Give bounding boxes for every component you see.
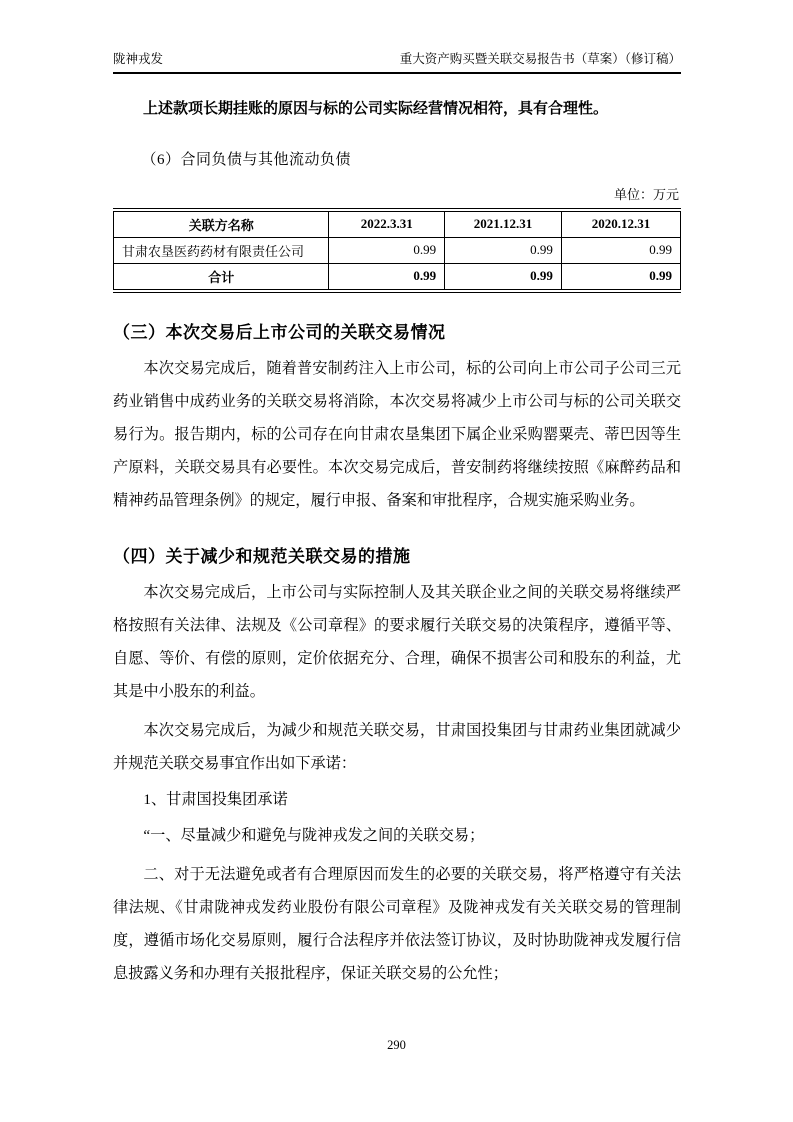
table-cell-total-value: 0.99 (561, 263, 680, 291)
page-body: 上述款项长期挂账的原因与标的公司实际经营情况相符，具有合理性。 （6）合同负债与… (113, 92, 681, 990)
commitment-item-1: “一、尽量减少和避免与陇神戎发之间的关联交易； (113, 819, 681, 852)
table-header-related-party: 关联方名称 (114, 210, 329, 238)
section-4-heading: （四）关于减少和规范关联交易的措施 (113, 542, 681, 567)
page-header: 陇神戎发 重大资产购买暨关联交易报告书（草案）（修订稿） (113, 49, 681, 74)
conclusion-statement: 上述款项长期挂账的原因与标的公司实际经营情况相符，具有合理性。 (113, 98, 681, 121)
section-4-paragraph-2: 本次交易完成后，为减少和规范关联交易，甘肃国投集团与甘肃药业集团就减少并规范关联… (113, 714, 681, 780)
table-header-row: 关联方名称 2022.3.31 2021.12.31 2020.12.31 (114, 210, 681, 238)
table-cell-total-value: 0.99 (445, 263, 562, 291)
document-page: 陇神戎发 重大资产购买暨关联交易报告书（草案）（修订稿） 上述款项长期挂账的原因… (0, 0, 793, 1122)
subsection-6-title: （6）合同负债与其他流动负债 (113, 148, 681, 169)
page-number: 290 (0, 1038, 793, 1053)
section-4-paragraph-1: 本次交易完成后，上市公司与实际控制人及其关联企业之间的关联交易将继续严格按照有关… (113, 576, 681, 708)
commitment-item-2: 二、对于无法避免或者有合理原因而发生的必要的关联交易，将严格遵守有关法律法规、《… (113, 858, 681, 990)
header-company-short-name: 陇神戎发 (113, 49, 163, 67)
related-party-table: 关联方名称 2022.3.31 2021.12.31 2020.12.31 甘肃… (113, 208, 681, 293)
section-3-paragraph: 本次交易完成后，随着普安制药注入上市公司，标的公司向上市公司子公司三元药业销售中… (113, 352, 681, 517)
table-header-date-2: 2021.12.31 (445, 210, 562, 238)
table-cell-total-label: 合计 (114, 263, 329, 291)
table-row: 甘肃农垦医药药材有限责任公司 0.99 0.99 0.99 (114, 237, 681, 263)
commitment-list-title: 1、甘肃国投集团承诺 (113, 783, 681, 816)
header-report-title: 重大资产购买暨关联交易报告书（草案）（修订稿） (400, 49, 681, 67)
table-cell-party-name: 甘肃农垦医药药材有限责任公司 (114, 237, 329, 263)
table-cell-value: 0.99 (561, 237, 680, 263)
table-cell-value: 0.99 (329, 237, 445, 263)
table-header-date-3: 2020.12.31 (561, 210, 680, 238)
table-unit-label: 单位：万元 (113, 184, 681, 203)
section-3-heading: （三）本次交易后上市公司的关联交易情况 (113, 318, 681, 343)
table-header-date-1: 2022.3.31 (329, 210, 445, 238)
table-cell-value: 0.99 (445, 237, 562, 263)
table-total-row: 合计 0.99 0.99 0.99 (114, 263, 681, 291)
table-cell-total-value: 0.99 (329, 263, 445, 291)
